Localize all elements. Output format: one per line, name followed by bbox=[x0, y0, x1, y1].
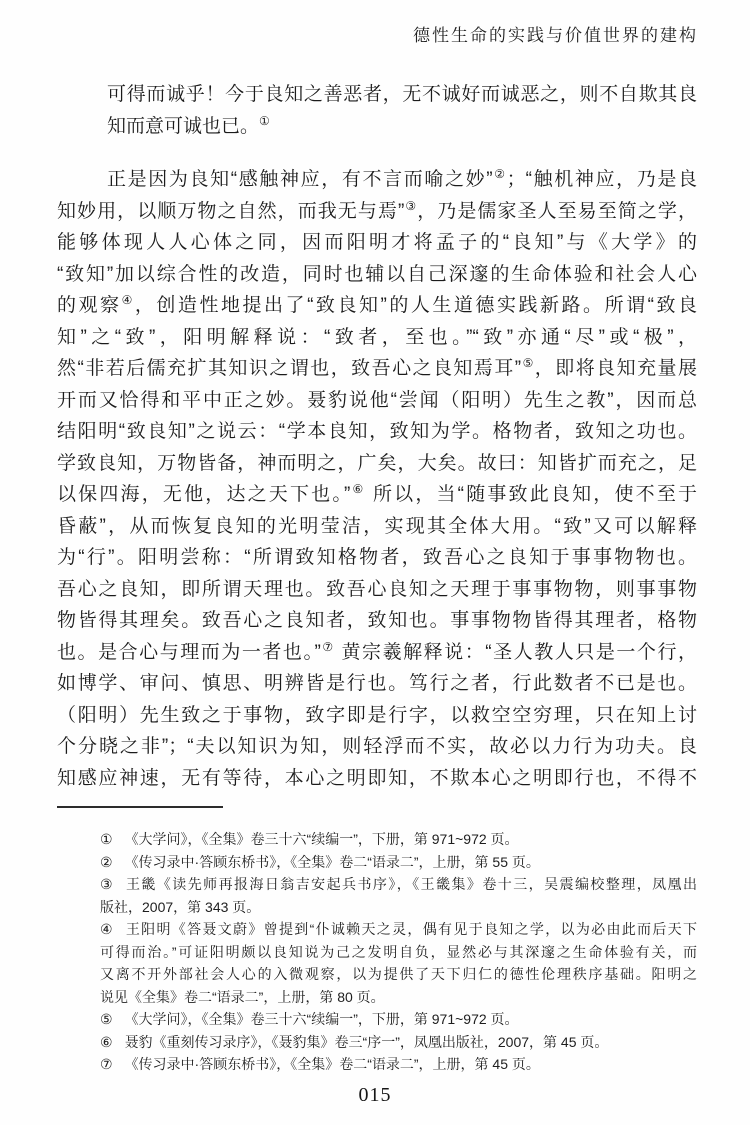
footnote-ref: ③ bbox=[404, 199, 417, 213]
text-run: 可得而治。”可证阳明颇以良知说为己之发明自负，显然必与其深邃之生命体验有关，而 bbox=[100, 944, 697, 960]
body-line: （阳明）先生致之于事物，致字即是行字，以救空空穷理，只在知上讨 bbox=[57, 700, 697, 732]
book-page: 德性生命的实践与价值世界的建构 可得而诚乎！今于良知之善恶者，无不诚好而诚恶之，… bbox=[0, 0, 750, 1125]
body-line: 能够体现人人心体之同，因而阳明才将孟子的“良知”与《大学》的 bbox=[57, 227, 697, 259]
footnote-ref: ② bbox=[493, 167, 507, 181]
footnote-marker: ⑤ bbox=[100, 1011, 113, 1027]
text-run: 《大学问》，《全集》卷三十六“续编一”，下册，第 971~972 页。 bbox=[125, 1011, 519, 1027]
body-line: 如博学、审问、慎思、明辨皆是行也。笃行之者，行此数者不已是也。 bbox=[57, 668, 697, 700]
text-run: 学致良知，万物皆备，神而明之，广矣，大矣。故曰：知皆扩而充之，足 bbox=[57, 453, 697, 474]
body-line: 结阳明“致良知”之说云：“学本良知，致知为学。格物者，致知之功也。 bbox=[57, 416, 697, 448]
footnote-line: ⑦《传习录中·答顾东桥书》，《全集》卷二“语录二”，上册，第 45 页。 bbox=[100, 1053, 697, 1076]
quote-line: 可得而诚乎！今于良知之善恶者，无不诚好而诚恶之，则不自欺其良 bbox=[107, 79, 697, 111]
body-line: “致知”加以综合性的改造，同时也辅以自己深邃的生命体验和社会人心 bbox=[57, 259, 697, 291]
body-paragraph: 正是因为良知“感触神应，有不言而喻之妙”②；“触机神应，乃是良知妙用，以顺万物之… bbox=[57, 164, 697, 794]
footnote-line: 可得而治。”可证阳明颇以良知说为己之发明自负，显然必与其深邃之生命体验有关，而 bbox=[100, 941, 697, 964]
text-run: ，创造性地提出了“致良知”的人生道德实践新路。所谓“致良 bbox=[135, 295, 697, 316]
footnote-ref: ① bbox=[259, 114, 270, 128]
text-run: 《传习录中·答顾东桥书》，《全集》卷二“语录二”，上册，第 55 页。 bbox=[125, 854, 540, 870]
text-run: 结阳明“致良知”之说云：“学本良知，致知为学。格物者，致知之功也。 bbox=[57, 421, 697, 442]
footnote-ref: ⑥ bbox=[350, 482, 365, 496]
text-run: “致知”加以综合性的改造，同时也辅以自己深邃的生命体验和社会人心 bbox=[57, 264, 697, 285]
text-run: 可得而诚乎！今于良知之善恶者，无不诚好而诚恶之，则不自欺其良 bbox=[107, 84, 697, 105]
body-line: 以保四海，无他，达之天下也。”⑥ 所以，当“随事致此良知，使不至于 bbox=[57, 479, 697, 511]
footnote-line: ⑤《大学问》，《全集》卷三十六“续编一”，下册，第 971~972 页。 bbox=[100, 1008, 697, 1031]
text-run: 以保四海，无他，达之天下也。” bbox=[57, 484, 350, 505]
text-run: （阳明）先生致之于事物，致字即是行字，以救空空穷理，只在知上讨 bbox=[57, 705, 697, 726]
text-run: 说见《全集》卷二“语录二”，上册，第 80 页。 bbox=[100, 989, 385, 1005]
quote-line: 知而意可诚也已。① bbox=[107, 111, 697, 143]
footnote-line: 又离不开外部社会人心的入微观察，以为提供了天下归仁的德性伦理秩序基础。阳明之 bbox=[100, 963, 697, 986]
footnote-line: 版社，2007，第 343 页。 bbox=[100, 896, 697, 919]
body-line: 知”之“致”，阳明解释说：“致者，至也。”“致”亦通“尽”或“极”， bbox=[57, 322, 697, 354]
body-line: 学致良知，万物皆备，神而明之，广矣，大矣。故曰：知皆扩而充之，足 bbox=[57, 448, 697, 480]
quote-block: 可得而诚乎！今于良知之善恶者，无不诚好而诚恶之，则不自欺其良知而意可诚也已。① bbox=[107, 79, 697, 142]
text-run: 知”之“致”，阳明解释说：“致者，至也。”“致”亦通“尽”或“极”， bbox=[57, 327, 697, 348]
footnote-marker: ⑦ bbox=[100, 1056, 113, 1072]
footnote-ref: ④ bbox=[122, 293, 135, 307]
text-run: 又离不开外部社会人心的入微观察，以为提供了天下归仁的德性伦理秩序基础。阳明之 bbox=[100, 966, 697, 982]
footnote-marker: ① bbox=[100, 831, 113, 847]
text-run: ，乃是儒家圣人至易至简之学， bbox=[417, 201, 697, 222]
text-run: 为“行”。阳明尝称：“所谓致知格物者，致吾心之良知于事事物物也。 bbox=[57, 547, 697, 568]
text-run: 昏蔽”，从而恢复良知的光明莹洁，实现其全体大用。“致”又可以解释 bbox=[57, 516, 697, 537]
body-line: 物皆得其理矣。致吾心之良知者，致知也。事事物物皆得其理者，格物 bbox=[57, 605, 697, 637]
text-run: 个分晓之非”；“夫以知识为知，则轻浮而不实，故必以力行为功夫。良 bbox=[57, 736, 697, 757]
body-line: 也。是合心与理而为一者也。”⑦ 黄宗羲解释说：“圣人教人只是一个行， bbox=[57, 637, 697, 669]
text-run: 也。是合心与理而为一者也。” bbox=[57, 642, 321, 663]
text-run: 《传习录中·答顾东桥书》，《全集》卷二“语录二”，上册，第 45 页。 bbox=[125, 1056, 540, 1072]
body-line: 为“行”。阳明尝称：“所谓致知格物者，致吾心之良知于事事物物也。 bbox=[57, 542, 697, 574]
body-line: 昏蔽”，从而恢复良知的光明莹洁，实现其全体大用。“致”又可以解释 bbox=[57, 511, 697, 543]
footnote-line: ②《传习录中·答顾东桥书》，《全集》卷二“语录二”，上册，第 55 页。 bbox=[100, 851, 697, 874]
footnote-marker: ④ bbox=[100, 921, 114, 937]
text-run: 能够体现人人心体之同，因而阳明才将孟子的“良知”与《大学》的 bbox=[57, 232, 697, 253]
text-run: 所以，当“随事致此良知，使不至于 bbox=[366, 484, 698, 505]
footnote-marker: ③ bbox=[100, 876, 114, 892]
text-run: 王阳明《答聂文蔚》曾提到“仆诚赖天之灵，偶有见于良知之学，以为必由此而后天下 bbox=[126, 921, 697, 937]
running-title: 德性生命的实践与价值世界的建构 bbox=[413, 21, 698, 46]
footnote-ref: ⑤ bbox=[521, 356, 535, 370]
text-run: 知而意可诚也已。 bbox=[107, 116, 259, 137]
body-line: 知感应神速，无有等待，本心之明即知，不欺本心之明即行也，不得不 bbox=[57, 763, 697, 795]
text-run: 知妙用，以顺万物之自然，而我无与焉” bbox=[57, 201, 404, 222]
body-line: 开而又恰得和平中正之妙。聂豹说他“尝闻（阳明）先生之教”，因而总 bbox=[57, 385, 697, 417]
body-line: 正是因为良知“感触神应，有不言而喻之妙”②；“触机神应，乃是良 bbox=[57, 164, 697, 196]
footnote-line: ①《大学问》，《全集》卷三十六“续编一”，下册，第 971~972 页。 bbox=[100, 828, 697, 851]
text-run: 《大学问》，《全集》卷三十六“续编一”，下册，第 971~972 页。 bbox=[125, 831, 519, 847]
text-run: ，即将良知充量展 bbox=[535, 358, 697, 379]
body-line: 的观察④，创造性地提出了“致良知”的人生道德实践新路。所谓“致良 bbox=[57, 290, 697, 322]
body-line: 知妙用，以顺万物之自然，而我无与焉”③，乃是儒家圣人至易至简之学， bbox=[57, 196, 697, 228]
text-run: 吾心之良知，即所谓天理也。致吾心良知之天理于事事物物，则事事物 bbox=[57, 579, 697, 600]
text-run: 开而又恰得和平中正之妙。聂豹说他“尝闻（阳明）先生之教”，因而总 bbox=[57, 390, 697, 411]
footnote-line: ⑥聂豹《重刻传习录序》，《聂豹集》卷三“序一”，凤凰出版社，2007，第 45 … bbox=[100, 1031, 697, 1054]
body-line: 然“非若后儒充扩其知识之谓也，致吾心之良知焉耳”⑤，即将良知充量展 bbox=[57, 353, 697, 385]
footnote-line: ④王阳明《答聂文蔚》曾提到“仆诚赖天之灵，偶有见于良知之学，以为必由此而后天下 bbox=[100, 918, 697, 941]
text-run: 版社，2007，第 343 页。 bbox=[100, 899, 260, 915]
text-run: ；“触机神应，乃是良 bbox=[507, 169, 697, 190]
footnote-marker: ⑥ bbox=[100, 1034, 113, 1050]
footnote-line: ③王畿《读先师再报海日翁吉安起兵书序》，《王畿集》卷十三，吴震编校整理，凤凰出 bbox=[100, 873, 697, 896]
text-run: 黄宗羲解释说：“圣人教人只是一个行， bbox=[335, 642, 697, 663]
footnote-line: 说见《全集》卷二“语录二”，上册，第 80 页。 bbox=[100, 986, 697, 1009]
footnote-marker: ② bbox=[100, 854, 113, 870]
text-run: 王畿《读先师再报海日翁吉安起兵书序》，《王畿集》卷十三，吴震编校整理，凤凰出 bbox=[126, 876, 697, 892]
text-run: 正是因为良知“感触神应，有不言而喻之妙” bbox=[107, 169, 493, 190]
footnotes-block: ①《大学问》，《全集》卷三十六“续编一”，下册，第 971~972 页。②《传习… bbox=[100, 828, 697, 1076]
body-line: 吾心之良知，即所谓天理也。致吾心良知之天理于事事物物，则事事物 bbox=[57, 574, 697, 606]
text-run: 聂豹《重刻传习录序》，《聂豹集》卷三“序一”，凤凰出版社，2007，第 45 页… bbox=[125, 1034, 609, 1050]
footnote-separator bbox=[57, 806, 223, 808]
text-run: 如博学、审问、慎思、明辨皆是行也。笃行之者，行此数者不已是也。 bbox=[57, 673, 697, 694]
text-run: 然“非若后儒充扩其知识之谓也，致吾心之良知焉耳” bbox=[57, 358, 521, 379]
text-run: 物皆得其理矣。致吾心之良知者，致知也。事事物物皆得其理者，格物 bbox=[57, 610, 697, 631]
text-run: 的观察 bbox=[57, 295, 122, 316]
footnote-ref: ⑦ bbox=[321, 640, 335, 654]
body-line: 个分晓之非”；“夫以知识为知，则轻浮而不实，故必以力行为功夫。良 bbox=[57, 731, 697, 763]
page-number: 015 bbox=[0, 1084, 750, 1107]
text-run: 知感应神速，无有等待，本心之明即知，不欺本心之明即行也，不得不 bbox=[57, 768, 697, 789]
